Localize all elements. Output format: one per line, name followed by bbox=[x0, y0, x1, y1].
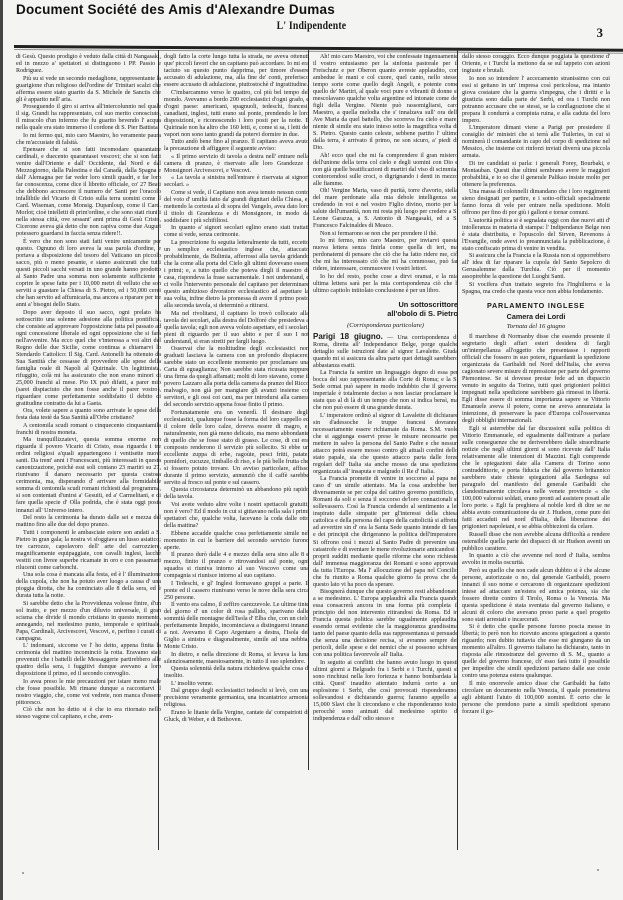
article-paragraph: In dietro, e nella direzione di Roma, si… bbox=[164, 652, 309, 666]
article-paragraph: « Il primo servizio di tavola a destra n… bbox=[164, 154, 309, 175]
article-paragraph: « La tavola a sinistra nell'entrare è ri… bbox=[164, 175, 309, 189]
signature-line-1: Un sottoscrittore bbox=[313, 300, 458, 309]
article-paragraph: Si sarebbe detto che la Provvidenza vole… bbox=[16, 601, 161, 643]
article-paragraph: L'autorità politica si è segnalata oggi … bbox=[462, 218, 610, 253]
article-paragraph: Si è detto che quelle persone furono pos… bbox=[462, 624, 610, 680]
article-paragraph: L' imperatore ordinò al signor di Lavale… bbox=[313, 413, 458, 476]
article-paragraph: Del resto la cerimonia ha durato dalle s… bbox=[16, 515, 161, 529]
article-paragraph: Il mio onorevole amico disse che Garibal… bbox=[462, 681, 610, 716]
scan-edge bbox=[0, 0, 3, 900]
column-4: dallo stesso coraggio. Ecco dunque poggi… bbox=[462, 54, 610, 716]
article-paragraph: dallo stesso coraggio. Ecco dunque poggi… bbox=[462, 54, 610, 75]
article-paragraph: Il vento era calmo, il zeffiro carezzevo… bbox=[164, 602, 309, 651]
column-3: Ah! mio caro Maestro, voi che confessate… bbox=[313, 54, 458, 723]
scan-speck bbox=[597, 869, 599, 871]
scan-speck bbox=[22, 872, 24, 874]
signature-line-2: all'obolo di S. Pietro bbox=[313, 309, 458, 318]
article-paragraph: dogli fatto la corte lungo tutta la stra… bbox=[164, 54, 309, 89]
article-paragraph: Ciò che non ho detto si è che io era rit… bbox=[16, 707, 161, 721]
article-paragraph: La prescrizione fu seguita letteralmente… bbox=[164, 240, 309, 310]
section-heading: PARLAMENTO INGLESE bbox=[462, 302, 610, 309]
article-paragraph: Ma tranquillizzatevi, questa somma enorm… bbox=[16, 437, 161, 514]
article-paragraph: Egli si asterrebbe dal far discussioni s… bbox=[462, 426, 610, 531]
article-paragraph: Osservai che la moltitudine degli eccles… bbox=[164, 346, 309, 409]
page-number: 3 bbox=[597, 25, 604, 41]
section-subheading: Camera dei Lordi bbox=[462, 313, 610, 320]
article-paragraph: Io non so intendere l' accecamento stran… bbox=[462, 76, 610, 125]
masthead-title: L' Indipendente bbox=[47, 20, 577, 32]
article-paragraph: In quanto a ciò che avvenne nel nord d' … bbox=[462, 553, 610, 567]
article-paragraph: Tutti i componenti le ambasciate estere … bbox=[16, 530, 161, 572]
article-paragraph: Io mi fermo, mio caro Maestro, per invia… bbox=[313, 238, 458, 273]
article-paragraph: Bisognerà dunque che questo governo rest… bbox=[313, 589, 458, 659]
article-paragraph: Più su si vede un secondo medaglione, ra… bbox=[16, 76, 161, 104]
article-paragraph: Il pranzo durò dalle 4 e mezzo della ser… bbox=[164, 552, 309, 580]
article-paragraph: Io mi fermo qui, mio caro Maestro, ho ve… bbox=[16, 133, 161, 147]
article-paragraph: Io ho del resto, poche cose a dirvi oram… bbox=[313, 274, 458, 295]
article-paragraph: Non si fermarono se non che per prendere… bbox=[313, 231, 458, 238]
article-paragraph: Si assicura che la Francia e la Russia n… bbox=[462, 253, 610, 281]
article-paragraph: Erano le litanie della Vergine, cantate … bbox=[164, 710, 309, 724]
article-paragraph: Dal gruppo degli ecclesiastici tedeschi … bbox=[164, 688, 309, 709]
article-paragraph: Ora, volete sapere a quanto sono arrivat… bbox=[16, 408, 161, 422]
article-paragraph: Ah! mio caro Maestro, voi che confessate… bbox=[313, 54, 458, 152]
article-paragraph: Però su quello che non cade alcun dubbio… bbox=[462, 568, 610, 624]
article-paragraph: Si vocifera d'un trattato segreto fra l'… bbox=[462, 282, 610, 296]
article-paragraph: A centomila scudi romani o cinquecento c… bbox=[16, 423, 161, 437]
article-paragraph: Oh! Vergine Maria, vaso di purità, torre… bbox=[313, 188, 458, 230]
article-paragraph: Russell disse che non avrebbe alcuna dif… bbox=[462, 532, 610, 553]
dateline: Parigi 18 giugno. bbox=[313, 332, 383, 341]
signature: Un sottoscrittore all'obolo di S. Pietro bbox=[313, 300, 458, 318]
article-paragraph: Ma nel rivolitarsi, il capitano lo trovò… bbox=[164, 311, 309, 346]
article-paragraph: Fortunatamente era un venerdì. Il desina… bbox=[164, 410, 309, 487]
article-paragraph: Io avea preso le mie precauzioni per ist… bbox=[16, 679, 161, 707]
section-date: Tornata del 16 giugno bbox=[462, 323, 610, 330]
article-paragraph: Una sola cosa è mancata alla festa, ed è… bbox=[16, 572, 161, 600]
correspondence-subhead: (Corrispondenza particolare) bbox=[313, 322, 458, 329]
article-paragraph: Una massa di colonnelli dimandano che i … bbox=[462, 189, 610, 217]
article-paragraph: L'imperatore dimani viene a Parigi per p… bbox=[462, 125, 610, 160]
column-2: dogli fatto la corte lungo tutta la stra… bbox=[164, 54, 309, 724]
article-paragraph: Epensare che si son fatti incomodare qua… bbox=[16, 147, 161, 238]
article-paragraph: In seguito ai conflitti che hanno avuto … bbox=[313, 660, 458, 723]
article-paragraph: Voi avete veduto altre volte i nostri sp… bbox=[164, 502, 309, 530]
article-paragraph: L' indomani, siccome ve l' ho detto, app… bbox=[16, 643, 161, 678]
article-paragraph: Ebbene accadde qualche cosa perfettament… bbox=[164, 531, 309, 552]
article-paragraph: I Tedeschi, e gl' Inglesi formavano grup… bbox=[164, 581, 309, 602]
column-1: di Gesù. Questo prodigio è veduto dalla … bbox=[16, 54, 161, 722]
watermark: Document Société des Amis d'Alexandre Du… bbox=[16, 2, 335, 17]
article-paragraph: di Gesù. Questo prodigio è veduto dalla … bbox=[16, 54, 161, 75]
article-paragraph: Come si vede, il Capitano non avea tenut… bbox=[164, 190, 309, 225]
article-paragraph: Questa solennità della natura richiedeva… bbox=[164, 666, 309, 680]
article-paragraph: Di tre candidati si parla: i generali Fo… bbox=[462, 161, 610, 189]
article-paragraph: Questa circostanza determinò un abbandon… bbox=[164, 487, 309, 501]
article-paragraph: In quanto a' signori secolari eglino era… bbox=[164, 225, 309, 239]
article-paragraph: Proseguendo il giro si arriva all'interc… bbox=[16, 104, 161, 132]
article-paragraph: È vero che non sono stati fatti venire u… bbox=[16, 239, 161, 309]
article-paragraph: Il marchese di Normanby disse che essend… bbox=[462, 334, 610, 425]
article-paragraph: La Francia promette di venire in soccors… bbox=[313, 476, 458, 588]
article-paragraph: Dopo aver deposto il suo sacco, ogni pre… bbox=[16, 310, 161, 408]
article-paragraph: Tutto andò bene fino al pranzo. Il capit… bbox=[164, 139, 309, 153]
article-paragraph: Ah! ecco quel che mi fa comprendere il g… bbox=[313, 153, 458, 188]
article-paragraph: C'imbarcammo verso le quattro, col più b… bbox=[164, 90, 309, 139]
article-paragraph: Parigi 18 giugno. — Una corrispondenza d… bbox=[313, 333, 458, 370]
article-paragraph: La Francia fa sentire un linguaggio degn… bbox=[313, 370, 458, 412]
article-paragraph: L' insolito venne. bbox=[164, 681, 309, 688]
